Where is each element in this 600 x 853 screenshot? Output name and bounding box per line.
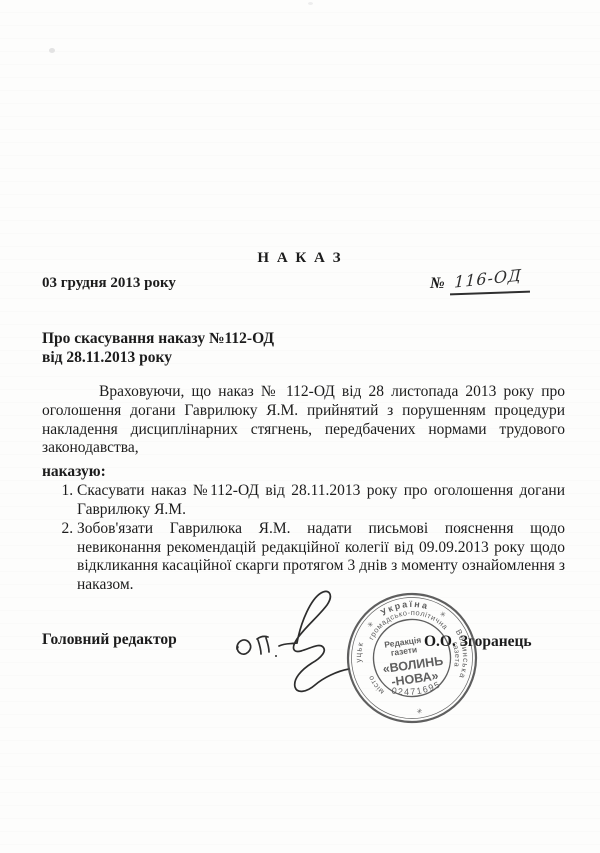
signature-initials-stroke [257,636,269,654]
stamp-ring-town-word: місто [366,673,387,698]
scan-speck [308,2,313,5]
order-word: наказую: [42,463,106,481]
signatory-role: Головний редактор [42,631,177,649]
preamble-paragraph: Враховуючи, що наказ № 112-ОД від 28 лис… [42,383,565,458]
signature-dot [275,655,277,657]
number-handwritten-value: 116-ОД [454,265,522,291]
scan-speck [49,48,55,53]
svg-text:місто: місто [366,673,387,698]
round-stamp: Україна ✳ ✳ ✳ Волинська Луцьк громадсько… [345,591,479,725]
subject-heading: Про скасування наказу №112-ОД від 28.11.… [42,330,274,367]
document-title: Н А К А З [0,250,600,267]
order-item-1: Скасувати наказ №112-ОД від 28.11.2013 р… [77,482,565,519]
stamp-ring-star-bottom: ✳ [416,706,423,715]
document-number-block: № 116-ОД [430,271,560,305]
signature-initials-stroke [237,640,251,654]
subject-line-2: від 28.11.2013 року [42,349,274,368]
order-items-list: Скасувати наказ №112-ОД від 28.11.2013 р… [42,482,565,596]
scanned-order-document: Н А К А З 03 грудня 2013 року № 116-ОД П… [0,0,600,853]
handwritten-signature [213,583,363,701]
signature-flourish [279,591,349,691]
number-underline [450,291,530,296]
svg-text:✳: ✳ [416,706,423,715]
subject-line-1: Про скасування наказу №112-ОД [42,330,274,349]
number-sign: № [430,275,445,293]
document-date: 03 грудня 2013 року [42,275,176,292]
